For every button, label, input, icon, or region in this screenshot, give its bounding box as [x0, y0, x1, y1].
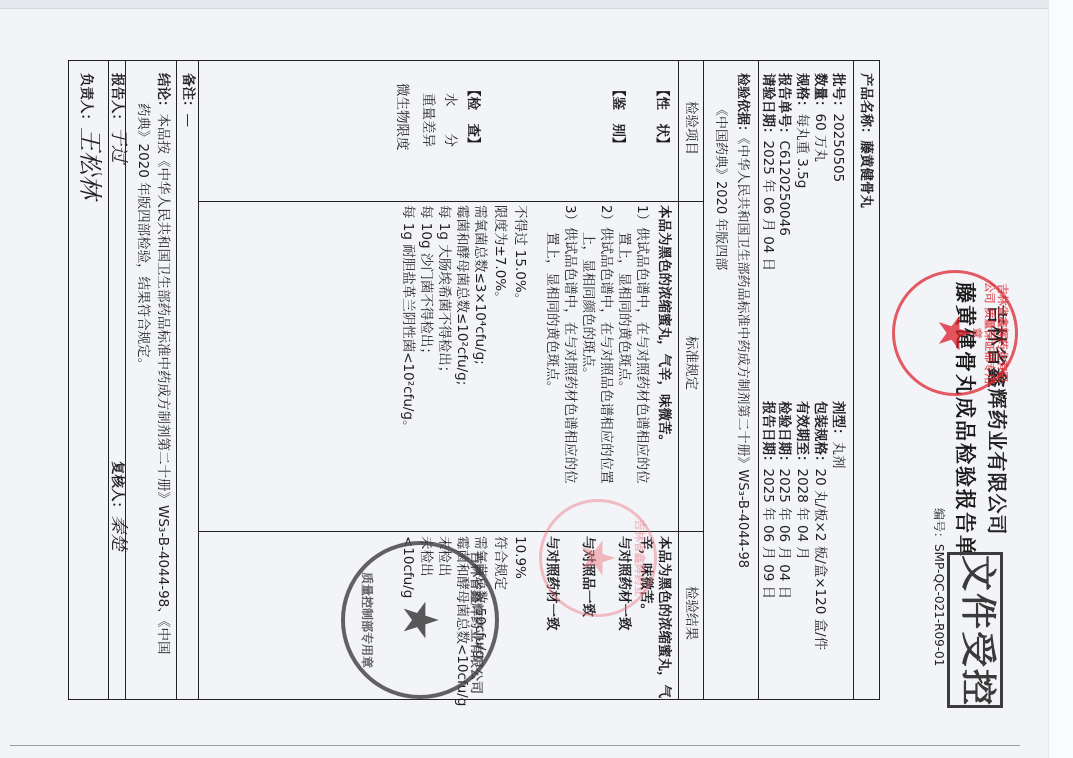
standard-identification-3b: 置上，显相同的黄色斑点。: [541, 205, 563, 394]
faint-red-seal: 吉林省鑫辉药业 ★: [539, 499, 657, 617]
document-controlled-stamp: 文件受控: [947, 552, 1003, 708]
standard-microbial-5: 每 1g 耐胆盐革兰阴性菌<10²cfu/g。: [397, 205, 419, 434]
item-identification: 【鉴 别】: [607, 83, 629, 151]
document-number-value: SMP-QC-021-R09-01: [932, 544, 946, 666]
star-icon: ★: [928, 312, 982, 353]
standard-moisture: 不得过 15.0%。: [509, 205, 531, 306]
item-moisture: 水 分: [439, 93, 461, 147]
request-date-field: 请验日期：2025 年 06 月 04 日: [757, 73, 779, 271]
inspection-report-document: 吉林省鑫辉药业有限公司 藤黄健骨丸成品检验报告单 编号：SMP-QC-021-R…: [0, 0, 1073, 758]
column-header-item: 检验项目: [680, 101, 702, 155]
column-header-standard: 标准规定: [680, 336, 702, 390]
inspection-table: 产品名称：藤黄健骨丸 批号：20250505 数量：60 万丸 规格：每丸重 3…: [68, 60, 880, 700]
test-basis-line2: 《中国药典》2020 年版四部: [709, 103, 731, 270]
standard-weight-variation: 限度为±7.0%。: [489, 205, 511, 305]
reporter-field: 报告人：于过: [106, 73, 129, 163]
item-appearance: 【性 状】: [651, 83, 673, 151]
item-weight-variation: 重量差异: [417, 93, 439, 147]
supervisor-field: 负责人：王松林: [75, 73, 101, 199]
result-moisture: 10.9%: [509, 536, 531, 579]
star-icon: ★: [571, 537, 625, 578]
document-number: 编号：SMP-QC-021-R09-01: [931, 508, 948, 666]
test-basis-field: 检验依据：《中华人民共和国卫生部药品标准中药成方制剂第二十册》WS₃-B-404…: [731, 73, 753, 568]
star-icon: ★: [392, 598, 448, 641]
remarks-field: 备注：—: [177, 73, 199, 127]
column-header-result: 检验结果: [680, 586, 702, 640]
conclusion-line2: 药典》2020 年版四部检验，结果符合规定。: [132, 103, 154, 371]
quality-control-gray-seal: 吉林省鑫辉药业有限公司 ★ 质量控制部专用章: [341, 541, 499, 699]
item-microbial-limit: 微生物限度: [391, 83, 413, 151]
reviewer-field: 复核人：秦楚: [106, 461, 129, 551]
report-date-field: 报告日期：2025 年 06 月 09 日: [757, 401, 779, 599]
result-weight-variation: 符合规定: [489, 536, 511, 590]
standard-appearance: 本品为黑色的浓缩蜜丸，气辛，味微苦。: [653, 205, 675, 448]
supervisor-signature: 王松林: [76, 127, 104, 199]
conclusion-field: 结论：本品按《中华人民共和国卫生部药品标准中药成方制剂第二十册》WS₃-B-40…: [152, 73, 174, 655]
reviewer-signature: 秦楚: [108, 515, 129, 551]
item-inspection: 【检 查】: [462, 83, 484, 151]
product-name-field: 产品名称：藤黄健骨丸: [855, 73, 877, 208]
company-red-seal: 吉林省鑫辉药业有限公司 质量保证部专用章 ★: [892, 270, 1018, 396]
reporter-signature: 于过: [108, 127, 129, 163]
